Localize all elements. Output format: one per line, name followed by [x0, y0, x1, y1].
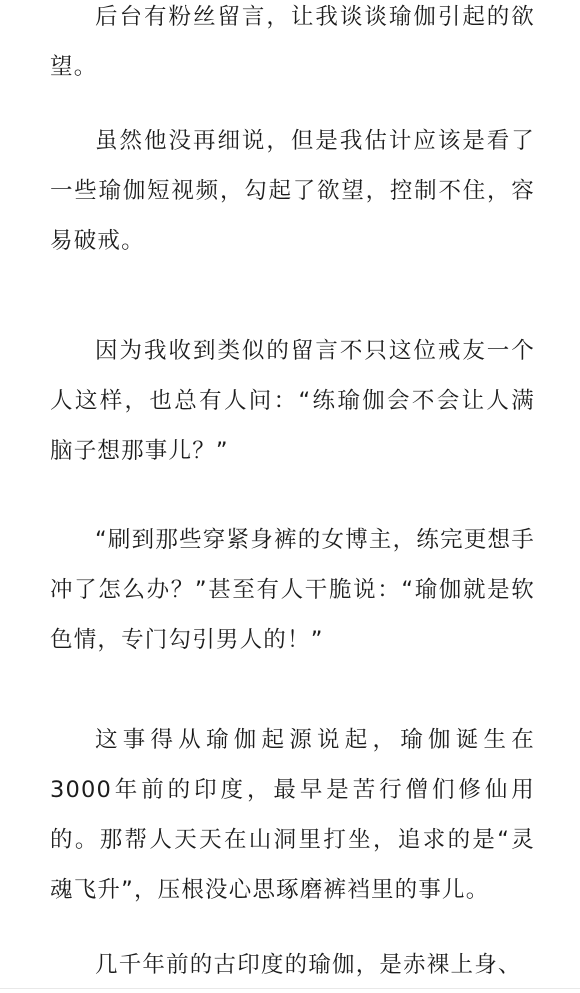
- paragraph-ancient-yoga: 几千年前的古印度的瑜伽，是赤裸上身、: [50, 940, 535, 990]
- paragraph-similar-messages: 因为我收到类似的留言不只这位戒友一个人这样，也总有人问：“练瑜伽会不会让人满脑子…: [50, 326, 535, 476]
- paragraph-guess: 虽然他没再细说，但是我估计应该是看了一些瑜伽短视频，勾起了欲望，控制不住，容易破…: [50, 116, 535, 266]
- paragraph-yoga-origin: 这事得从瑜伽起源说起，瑜伽诞生在3000年前的印度，最早是苦行僧们修仙用的。那帮…: [50, 715, 535, 915]
- paragraph-fan-message: 后台有粉丝留言，让我谈谈瑜伽引起的欲望。: [50, 0, 535, 92]
- paragraph-quotes: “刷到那些穿紧身裤的女博主，练完更想手冲了怎么办？”甚至有人干脆说：“瑜伽就是软…: [50, 515, 535, 665]
- crop-divider: [0, 988, 580, 989]
